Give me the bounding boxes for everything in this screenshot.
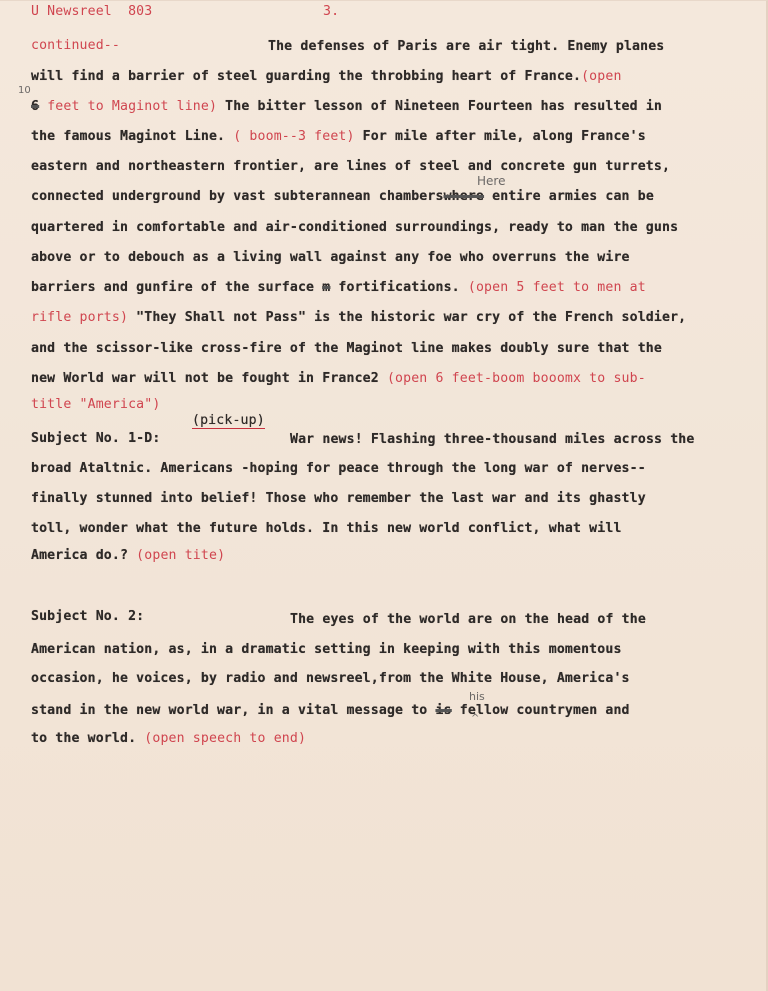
camera-cue: (open 5 feet to men at [468,280,646,295]
camera-cue: title "America") [31,397,160,413]
body-line: American nation, as, in a dramatic setti… [31,642,622,658]
pickup-note: (pick-up) [192,413,265,429]
handwritten-insert: Here [477,174,505,188]
body-line: new World war will not be fought in Fran… [31,371,646,387]
body-line: War news! Flashing three-thousand miles … [290,432,694,448]
body-line: eastern and northeastern frontier, are l… [31,159,670,175]
camera-cue: (open 6 feet-boom booomx to sub- [379,371,646,386]
subject-label: Subject No. 2: [31,609,144,625]
struck-word: is [435,703,451,718]
subject-label: Subject No. 1-D: [31,431,160,447]
body-line: quartered in comfortable and air-conditi… [31,220,678,236]
body-line: occasion, he voices, by radio and newsre… [31,671,630,687]
body-line: broad Ataltnic. Americans -hoping for pe… [31,461,646,477]
body-line: The defenses of Paris are air tight. Ene… [268,39,664,55]
camera-cue: (open tite) [136,548,225,563]
reel-label: U Newsreel 803 [31,4,152,20]
camera-cue: rifle ports) [31,310,128,325]
body-line: finally stunned into belief! Those who r… [31,491,646,507]
camera-cue: (open speech to end) [144,731,306,746]
body-line: toll, wonder what the future holds. In t… [31,521,622,537]
body-line: stand in the new world war, in a vital m… [31,703,630,719]
body-line: rifle ports) "They Shall not Pass" is th… [31,310,686,326]
camera-cue: ( boom--3 feet) [233,129,354,144]
body-line: connected underground by vast subteranne… [31,189,654,205]
handwritten-number: 10 [18,85,31,96]
body-line: will find a barrier of steel guarding th… [31,69,622,85]
body-line: The eyes of the world are on the head of… [290,612,646,628]
camera-cue: (open [581,69,621,84]
handwritten-insert: his [469,690,485,703]
page-number: 3. [323,4,339,20]
struck-word: where [444,189,484,204]
camera-cue: feet to Maginot line) [47,99,217,114]
body-line: 6 feet to Maginot line) The bitter lesso… [31,99,662,115]
continued-cue: continued-- [31,38,120,54]
body-line: the famous Maginot Line. ( boom--3 feet)… [31,129,646,145]
struck-number: 6 [31,99,39,114]
body-line: and the scissor-like cross-fire of the M… [31,341,662,357]
body-line: barriers and gunfire of the surface m fo… [31,280,646,296]
body-line: above or to debouch as a living wall aga… [31,250,630,266]
body-line: America do.? (open tite) [31,548,225,564]
struck-char: 2 [371,371,379,386]
body-line: to the world. (open speech to end) [31,731,306,747]
typescript-page: U Newsreel 803 3. continued-- The defens… [0,0,768,991]
